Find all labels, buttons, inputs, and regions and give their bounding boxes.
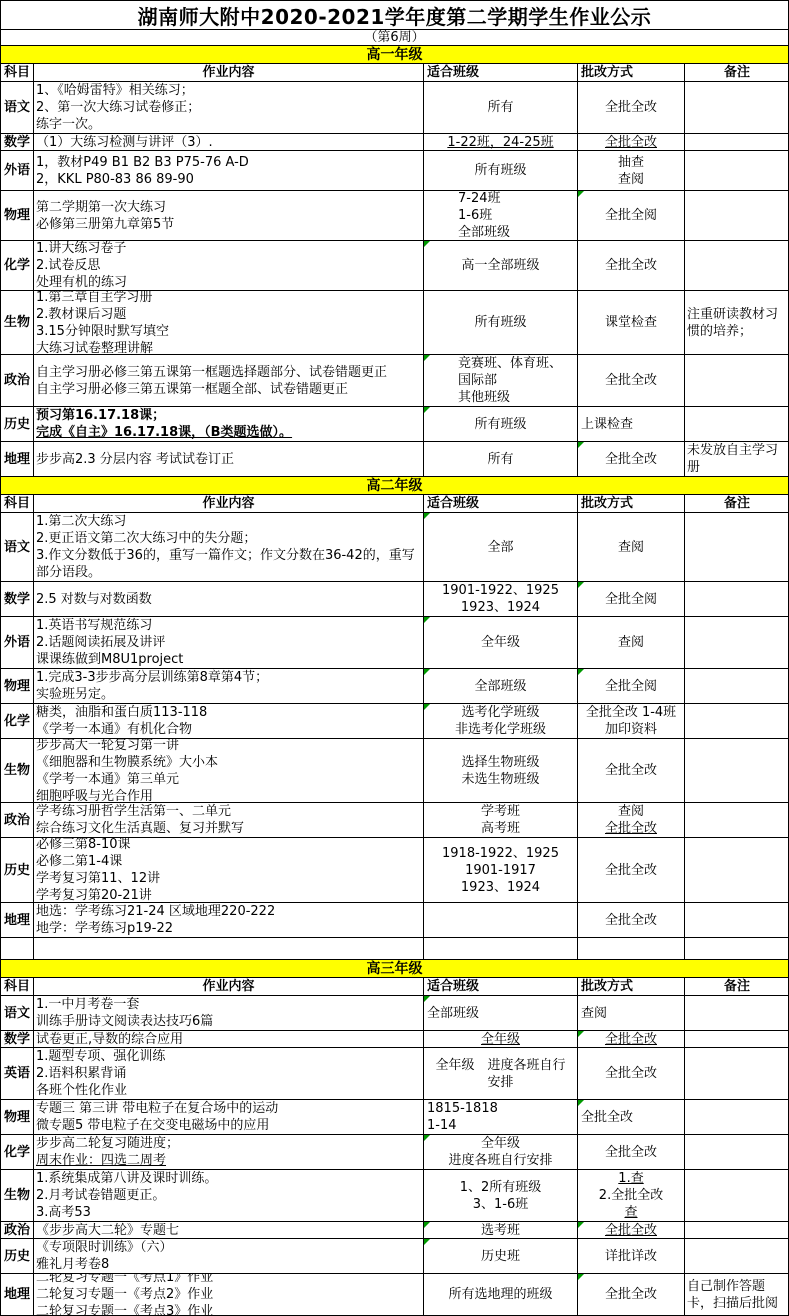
cell-homework-content-line: 1.系统集成第八讲及课时训练。 — [36, 1170, 421, 1187]
table-row: 数学试卷更正,导数的综合应用全年级全批全改 — [1, 1031, 788, 1048]
comment-marker-icon — [578, 1031, 584, 1037]
cell-homework-content-line: 2，KKL P80-83 86 89-90 — [36, 171, 421, 188]
comment-marker-icon — [424, 1135, 430, 1141]
cell-remark — [685, 82, 789, 134]
cell-homework-content-line: 1.完成3-3步步高分层训练第8章第4节； — [36, 669, 421, 686]
cell-homework-content — [34, 938, 424, 960]
cell-applicable-classes-line: 全年级 进度各班自行 — [424, 1057, 577, 1074]
cell-remark — [685, 838, 789, 903]
cell-grading-method-line: 全批全改 — [578, 99, 684, 116]
comment-marker-icon — [424, 996, 430, 1002]
row-subject — [1, 938, 34, 960]
row-subject: 外语 — [1, 617, 34, 669]
cell-grading-method-line: 全批全改 — [578, 1144, 684, 1161]
table-row: 外语1，教材P49 B1 B2 B3 P75-76 A-D2，KKL P80-8… — [1, 151, 788, 191]
cell-homework-content-line: 学考复习第20-21讲 — [36, 887, 421, 903]
cell-applicable-classes-line: 所有 — [424, 99, 577, 116]
cell-homework-content-line: 二轮复习专题一《考点3》作业 — [36, 1303, 421, 1316]
cell-homework-content-line: 学考复习第11、12讲 — [36, 870, 421, 887]
cell-grading-method-line: 全批全改 — [578, 1222, 684, 1239]
table-row: 数学2.5 对数与对数函数1901-1922、19251923、1924全批全阅 — [1, 582, 788, 617]
column-header-row: 科目作业内容适合班级批改方式备注 — [1, 64, 788, 82]
table-row: 化学1.讲大练习卷子2.试卷反思处理有机的练习高一全部班级全批全改 — [1, 241, 788, 291]
cell-applicable-classes: 全年级 — [424, 1031, 578, 1048]
cell-homework-content-line: 1.一中月考卷一套 — [36, 996, 421, 1013]
cell-homework-content-line: 2.更正语文第二次大练习中的失分题； — [36, 530, 421, 547]
cell-homework-content-line: 3.高考53 — [36, 1204, 421, 1221]
comment-marker-icon — [578, 1222, 584, 1228]
cell-homework-content-line: 2.试卷反思 — [36, 257, 421, 274]
cell-homework-content-line: 专题三 第三讲 带电粒子在复合场中的运动 — [36, 1100, 421, 1117]
table-row: 语文1、《哈姆雷特》相关练习；2、第一次大练习试卷修正；练字一次。所有全批全改 — [1, 82, 788, 134]
cell-applicable-classes: 历史班 — [424, 1239, 578, 1274]
table-row: 政治学考练习册哲学生活第一、二单元综合练习文化生活真题、复习并默写学考班高考班查… — [1, 803, 788, 838]
table-row: 数学（1）大练习检测与讲评（3）.1-22班，24-25班全批全改 — [1, 134, 788, 151]
cell-grading-method-line: 全批全改 — [578, 1286, 684, 1303]
cell-homework-content-line: 细胞呼吸与光合作用 — [36, 788, 421, 804]
cell-homework-content-line: （1）大练习检测与讲评（3）. — [36, 134, 421, 151]
cell-remark — [685, 1031, 789, 1048]
row-subject: 历史 — [1, 407, 34, 442]
cell-applicable-classes-line: 1-6班 — [458, 207, 577, 224]
cell-applicable-classes-line: 竞赛班、体育班、 — [458, 355, 577, 372]
cell-homework-content-line: 《步步高大二轮》专题七 — [36, 1222, 421, 1239]
table-row: 地理步步高2.3 分层内容 考试试卷订正所有全批全改未发放自主学习册 — [1, 442, 788, 477]
cell-applicable-classes-line: 1901-1922、1925 — [424, 582, 577, 599]
cell-grading-method-line: 全批全阅 — [578, 678, 684, 695]
cell-homework-content: 1、《哈姆雷特》相关练习；2、第一次大练习试卷修正；练字一次。 — [34, 82, 424, 134]
cell-homework-content-line: 综合练习文化生活真题、复习并默写 — [36, 820, 421, 837]
column-header: 作业内容 — [34, 978, 424, 996]
cell-homework-content: （1）大练习检测与讲评（3）. — [34, 134, 424, 151]
cell-grading-method: 全批全改 — [578, 82, 685, 134]
cell-applicable-classes-line: 全部 — [424, 539, 577, 556]
cell-homework-content-line: 1.第二次大练习 — [36, 513, 421, 530]
table-row: 生物步步高大一轮复习第一讲《细胞器和生物膜系统》大小本《学考一本通》第三单元细胞… — [1, 739, 788, 803]
cell-homework-content-line: 雅礼月考卷8 — [36, 1256, 421, 1273]
cell-remark — [685, 1239, 789, 1274]
cell-homework-content: 专题三 第三讲 带电粒子在复合场中的运动微专题5 带电粒子在交变电磁场中的应用 — [34, 1100, 424, 1135]
cell-grading-method: 全批全改 — [578, 1222, 685, 1239]
comment-marker-icon — [578, 1100, 584, 1106]
cell-homework-content-line: 2.教材课后习题 — [36, 306, 421, 323]
cell-homework-content-line: 糖类，油脂和蛋白质113-118 — [36, 704, 421, 721]
row-subject: 数学 — [1, 582, 34, 617]
cell-homework-content: 1，教材P49 B1 B2 B3 P75-76 A-D2，KKL P80-83 … — [34, 151, 424, 191]
cell-applicable-classes-line: 所有 — [424, 451, 577, 468]
row-subject: 英语 — [1, 1048, 34, 1100]
row-subject: 语文 — [1, 513, 34, 582]
cell-remark — [685, 617, 789, 669]
cell-homework-content-line: 1.第三章自主学习册 — [36, 291, 421, 306]
cell-homework-content-line: 必修二第1-4课 — [36, 853, 421, 870]
cell-applicable-classes-line: 1918-1922、1925 — [424, 845, 577, 862]
cell-applicable-classes-line: 高一全部班级 — [424, 257, 577, 274]
row-subject: 语文 — [1, 82, 34, 134]
cell-grading-method: 全批全改 — [578, 134, 685, 151]
cell-applicable-classes-line: 其他班级 — [458, 389, 577, 406]
cell-remark — [685, 134, 789, 151]
cell-homework-content-line: 步步高2.3 分层内容 考试试卷订正 — [36, 451, 421, 468]
column-header-row: 科目作业内容适合班级批改方式备注 — [1, 978, 788, 996]
cell-applicable-classes-line: 非选考化学班级 — [424, 721, 577, 738]
cell-remark — [685, 241, 789, 291]
cell-homework-content-line: 2.5 对数与对数函数 — [36, 591, 421, 608]
cell-applicable-classes-line: 所有班级 — [424, 416, 577, 433]
cell-remark — [685, 669, 789, 704]
cell-applicable-classes-line: 全部班级 — [424, 678, 577, 695]
cell-homework-content-line: 预习第16.17.18课； — [36, 407, 421, 424]
cell-homework-content: 预习第16.17.18课；完成《自主》16.17.18课，（B类题选做）。 — [34, 407, 424, 442]
cell-applicable-classes-line: 7-24班 — [458, 191, 577, 207]
cell-homework-content-line: 自主学习册必修三第五课第一框题选择题部分、试卷错题更正 — [36, 364, 421, 381]
cell-grading-method-line: 加印资料 — [578, 721, 684, 738]
cell-grading-method-line: 查 — [578, 1204, 684, 1221]
table-row: 生物1.第三章自主学习册2.教材课后习题3.15分钟限时默写填空大练习试卷整理讲… — [1, 291, 788, 355]
table-row: 历史预习第16.17.18课；完成《自主》16.17.18课，（B类题选做）。所… — [1, 407, 788, 442]
cell-applicable-classes: 高一全部班级 — [424, 241, 578, 291]
cell-grading-method-line: 全批全改 — [578, 134, 684, 151]
column-header: 适合班级 — [424, 64, 578, 82]
cell-grading-method-line: 全批全改 — [578, 372, 684, 389]
row-subject: 语文 — [1, 996, 34, 1031]
cell-grading-method: 上课检查 — [578, 407, 685, 442]
table-row: 生物1.系统集成第八讲及课时训练。2.月考试卷错题更正。3.高考531、2所有班… — [1, 1170, 788, 1222]
cell-homework-content-line: 《专项限时训练》（六） — [36, 1239, 421, 1256]
table-row: 地理二轮复习专题一《考点1》作业二轮复习专题一《考点2》作业二轮复习专题一《考点… — [1, 1274, 788, 1316]
cell-applicable-classes-line: 未选生物班级 — [424, 771, 577, 788]
cell-homework-content: 必修三第8-10课必修二第1-4课学考复习第11、12讲学考复习第20-21讲 — [34, 838, 424, 903]
cell-applicable-classes: 全部班级 — [424, 669, 578, 704]
cell-remark — [685, 1048, 789, 1100]
cell-homework-content-line: 1.讲大练习卷子 — [36, 241, 421, 257]
cell-applicable-classes-line: 所有班级 — [424, 162, 577, 179]
cell-grading-method-line: 全批全改 — [578, 257, 684, 274]
cell-homework-content-line: 《学考一本通》有机化合物 — [36, 721, 421, 738]
cell-homework-content-line: 《学考一本通》第三单元 — [36, 771, 421, 788]
cell-homework-content-line: 地选：学考练习21-24 区域地理220-222 — [36, 903, 421, 920]
cell-remark — [685, 938, 789, 960]
cell-grading-method: 抽查查阅 — [578, 151, 685, 191]
cell-grading-method-line: 全批全阅 — [578, 591, 684, 608]
cell-homework-content-line: 必修三第8-10课 — [36, 838, 421, 853]
comment-marker-icon — [424, 241, 430, 247]
cell-homework-content-line: 第二学期第一次大练习 — [36, 199, 421, 216]
cell-applicable-classes-line: 全年级 — [424, 1135, 577, 1152]
table-row: 政治自主学习册必修三第五课第一框题选择题部分、试卷错题更正自主学习册必修三第五课… — [1, 355, 788, 407]
cell-homework-content: 步步高二轮复习随进度；周末作业：四选二周考 — [34, 1135, 424, 1170]
cell-applicable-classes: 所有 — [424, 442, 578, 477]
section-banner: 高一年级 — [1, 46, 788, 64]
cell-homework-content-line: 步步高二轮复习随进度； — [36, 1135, 421, 1152]
cell-grading-method-line: 全批全改 — [578, 1031, 684, 1048]
cell-applicable-classes: 所有班级 — [424, 291, 578, 355]
cell-remark-line: 注重研读教材习惯的培养； — [687, 306, 787, 340]
cell-grading-method: 全批全改 — [578, 355, 685, 407]
cell-applicable-classes: 学考班高考班 — [424, 803, 578, 838]
cell-homework-content-line: 大练习试卷整理讲解 — [36, 340, 421, 356]
page-subtitle: （第6周） — [1, 30, 788, 46]
cell-applicable-classes: 全部班级 — [424, 996, 578, 1031]
cell-applicable-classes-line: 选考班 — [424, 1222, 577, 1239]
cell-applicable-classes: 全部 — [424, 513, 578, 582]
cell-applicable-classes-line: 历史班 — [424, 1248, 577, 1265]
cell-homework-content-line: 2.话题阅读拓展及讲评 — [36, 634, 421, 651]
comment-marker-icon — [424, 669, 430, 675]
section-banner: 高三年级 — [1, 960, 788, 978]
cell-grading-method: 全批全改 — [578, 903, 685, 938]
table-row: 化学步步高二轮复习随进度；周末作业：四选二周考全年级进度各班自行安排全批全改 — [1, 1135, 788, 1170]
cell-remark — [685, 739, 789, 803]
cell-remark — [685, 704, 789, 739]
cell-applicable-classes: 选考班 — [424, 1222, 578, 1239]
column-header: 批改方式 — [578, 64, 685, 82]
table-row: 物理第二学期第一次大练习必修第三册第九章第5节7-24班1-6班全部班级全批全阅 — [1, 191, 788, 241]
cell-grading-method-line: 抽查 — [578, 154, 684, 171]
row-subject: 数学 — [1, 134, 34, 151]
cell-homework-content-line: 必修第三册第九章第5节 — [36, 216, 421, 233]
row-subject: 生物 — [1, 739, 34, 803]
cell-homework-content-line: 二轮复习专题一《考点2》作业 — [36, 1286, 421, 1303]
comment-marker-icon — [424, 407, 430, 413]
row-subject: 生物 — [1, 291, 34, 355]
cell-homework-content-line: 《细胞器和生物膜系统》大小本 — [36, 754, 421, 771]
table-row: 语文1.第二次大练习2.更正语文第二次大练习中的失分题；3.作文分数低于36的，… — [1, 513, 788, 582]
cell-homework-content-line: 1.题型专项、强化训练 — [36, 1048, 421, 1065]
table-row: 物理1.完成3-3步步高分层训练第8章第4节；实验班另定。全部班级全批全阅 — [1, 669, 788, 704]
cell-applicable-classes-line: 进度各班自行安排 — [424, 1152, 577, 1169]
cell-grading-method-line: 全批全改 — [578, 862, 684, 879]
cell-grading-method: 全批全改 — [578, 442, 685, 477]
cell-applicable-classes: 竞赛班、体育班、国际部其他班级 — [424, 355, 578, 407]
cell-homework-content-line: 2.月考试卷错题更正。 — [36, 1187, 421, 1204]
table-row: 化学糖类，油脂和蛋白质113-118《学考一本通》有机化合物选考化学班级非选考化… — [1, 704, 788, 739]
cell-grading-method: 全批全改 — [578, 1100, 685, 1135]
cell-remark: 注重研读教材习惯的培养； — [685, 291, 789, 355]
table-row: 地理地选：学考练习21-24 区域地理220-222地学：学考练习p19-22全… — [1, 903, 788, 938]
column-header-row: 科目作业内容适合班级批改方式备注 — [1, 495, 788, 513]
cell-homework-content: 步步高2.3 分层内容 考试试卷订正 — [34, 442, 424, 477]
cell-grading-method-line: 全批全改 — [578, 820, 684, 837]
cell-applicable-classes: 1901-1922、19251923、1924 — [424, 582, 578, 617]
cell-applicable-classes-line: 选择生物班级 — [424, 754, 577, 771]
cell-homework-content-line: 地学：学考练习p19-22 — [36, 920, 421, 937]
cell-homework-content: 《专项限时训练》（六）雅礼月考卷8 — [34, 1239, 424, 1274]
section-banner: 高二年级 — [1, 477, 788, 495]
cell-grading-method-line: 全批全改 — [578, 451, 684, 468]
column-header: 备注 — [685, 978, 789, 996]
comment-marker-icon — [578, 669, 584, 675]
cell-grading-method: 全批全改 1-4班加印资料 — [578, 704, 685, 739]
cell-applicable-classes-line: 1923、1924 — [424, 879, 577, 896]
comment-marker-icon — [578, 582, 584, 588]
row-subject: 化学 — [1, 241, 34, 291]
cell-applicable-classes-line: 1、2所有班级 — [424, 1179, 577, 1196]
cell-homework-content-line: 3.15分钟限时默写填空 — [36, 323, 421, 340]
cell-homework-content: 1.系统集成第八讲及课时训练。2.月考试卷错题更正。3.高考53 — [34, 1170, 424, 1222]
cell-homework-content: 2.5 对数与对数函数 — [34, 582, 424, 617]
cell-homework-content-line: 1，教材P49 B1 B2 B3 P75-76 A-D — [36, 154, 421, 171]
cell-remark — [685, 513, 789, 582]
cell-homework-content-line: 实验班另定。 — [36, 686, 421, 703]
cell-homework-content: 自主学习册必修三第五课第一框题选择题部分、试卷错题更正自主学习册必修三第五课第一… — [34, 355, 424, 407]
cell-grading-method: 1.查2.全批全改查 — [578, 1170, 685, 1222]
cell-applicable-classes-line: 1901-1917 — [424, 862, 577, 879]
comment-marker-icon — [424, 704, 430, 710]
cell-applicable-classes: 7-24班1-6班全部班级 — [424, 191, 578, 241]
table-row: 外语1.英语书写规范练习2.话题阅读拓展及讲评课课练做到M8U1project全… — [1, 617, 788, 669]
cell-applicable-classes: 所有班级 — [424, 407, 578, 442]
row-subject: 政治 — [1, 1222, 34, 1239]
cell-grading-method: 查阅 — [578, 996, 685, 1031]
cell-grading-method: 详批详改 — [578, 1239, 685, 1274]
cell-applicable-classes: 全年级 — [424, 617, 578, 669]
cell-homework-content-line: 步步高大一轮复习第一讲 — [36, 739, 421, 754]
row-subject: 化学 — [1, 1135, 34, 1170]
cell-grading-method-line: 上课检查 — [581, 416, 684, 433]
cell-homework-content-line: 自主学习册必修三第五课第一框题全部、试卷错题更正 — [36, 381, 421, 398]
cell-grading-method-line: 查阅 — [578, 539, 684, 556]
cell-remark — [685, 803, 789, 838]
column-header: 备注 — [685, 495, 789, 513]
cell-grading-method-line: 课堂检查 — [578, 314, 684, 331]
cell-homework-content: 《步步高大二轮》专题七 — [34, 1222, 424, 1239]
table-row: 政治《步步高大二轮》专题七选考班全批全改 — [1, 1222, 788, 1239]
cell-applicable-classes: 1918-1922、19251901-19171923、1924 — [424, 838, 578, 903]
worksheet: 湖南师大附中2020-2021学年度第二学期学生作业公示 （第6周） 高一年级科… — [0, 0, 789, 1316]
cell-homework-content: 1.英语书写规范练习2.话题阅读拓展及讲评课课练做到M8U1project — [34, 617, 424, 669]
cell-homework-content-line: 试卷更正,导数的综合应用 — [36, 1031, 421, 1048]
column-header: 作业内容 — [34, 64, 424, 82]
cell-grading-method-line: 全批全改 — [581, 1109, 684, 1126]
cell-remark — [685, 582, 789, 617]
comment-marker-icon — [578, 191, 584, 197]
table-row: 历史必修三第8-10课必修二第1-4课学考复习第11、12讲学考复习第20-21… — [1, 838, 788, 903]
cell-grading-method-line: 全批全改 — [578, 762, 684, 779]
cell-homework-content: 地选：学考练习21-24 区域地理220-222地学：学考练习p19-22 — [34, 903, 424, 938]
comment-marker-icon — [424, 617, 430, 623]
cell-grading-method: 查阅 — [578, 513, 685, 582]
cell-homework-content-line: 二轮复习专题一《考点1》作业 — [36, 1274, 421, 1286]
comment-marker-icon — [578, 1274, 584, 1280]
cell-applicable-classes-line: 1-22班，24-25班 — [424, 134, 577, 151]
cell-applicable-classes-line: 国际部 — [458, 372, 577, 389]
cell-homework-content-line: 1.英语书写规范练习 — [36, 617, 421, 634]
cell-grading-method — [578, 938, 685, 960]
comment-marker-icon — [424, 1239, 430, 1245]
comment-marker-icon — [424, 513, 430, 519]
cell-remark — [685, 903, 789, 938]
cell-applicable-classes-line: 安排 — [424, 1074, 577, 1091]
column-header: 适合班级 — [424, 495, 578, 513]
cell-homework-content-line: 各班个性化作业 — [36, 1082, 421, 1099]
table-row: 历史《专项限时训练》（六）雅礼月考卷8历史班详批详改 — [1, 1239, 788, 1274]
cell-remark — [685, 996, 789, 1031]
table-row: 物理专题三 第三讲 带电粒子在复合场中的运动微专题5 带电粒子在交变电磁场中的应… — [1, 1100, 788, 1135]
cell-grading-method-line: 查阅 — [578, 803, 684, 820]
cell-homework-content: 1.第二次大练习2.更正语文第二次大练习中的失分题；3.作文分数低于36的，重写… — [34, 513, 424, 582]
cell-applicable-classes-line: 全部班级 — [458, 224, 577, 241]
cell-grading-method: 全批全阅 — [578, 582, 685, 617]
cell-homework-content-line: 3.作文分数低于36的，重写一篇作文；作文分数在36-42的，重写部分语段。 — [36, 547, 421, 581]
cell-grading-method-line: 全批全改 — [578, 1065, 684, 1082]
cell-applicable-classes-line: 3、1-6班 — [424, 1196, 577, 1213]
cell-grading-method: 全批全阅 — [578, 191, 685, 241]
cell-homework-content: 步步高大一轮复习第一讲《细胞器和生物膜系统》大小本《学考一本通》第三单元细胞呼吸… — [34, 739, 424, 803]
cell-applicable-classes-line: 全年级 — [424, 634, 577, 651]
cell-grading-method: 全批全改 — [578, 1031, 685, 1048]
cell-grading-method-line: 1.查 — [578, 1170, 684, 1187]
cell-applicable-classes-line: 1-14 — [427, 1117, 577, 1134]
column-header: 科目 — [1, 64, 34, 82]
column-header: 批改方式 — [578, 495, 685, 513]
cell-grading-method: 课堂检查 — [578, 291, 685, 355]
table-row: 语文1.一中月考卷一套训练手册诗文阅读表达技巧6篇全部班级查阅 — [1, 996, 788, 1031]
cell-remark: 未发放自主学习册 — [685, 442, 789, 477]
cell-homework-content-line: 完成《自主》16.17.18课，（B类题选做）。 — [36, 424, 421, 441]
cell-homework-content: 1.完成3-3步步高分层训练第8章第4节；实验班另定。 — [34, 669, 424, 704]
cell-grading-method-line: 2.全批全改 — [578, 1187, 684, 1204]
cell-applicable-classes-line: 所有班级 — [424, 314, 577, 331]
cell-applicable-classes: 全年级进度各班自行安排 — [424, 1135, 578, 1170]
row-subject: 政治 — [1, 355, 34, 407]
cell-applicable-classes — [424, 903, 578, 938]
cell-applicable-classes: 全年级 进度各班自行安排 — [424, 1048, 578, 1100]
cell-homework-content-line: 周末作业：四选二周考 — [36, 1152, 421, 1169]
cell-grading-method: 查阅 — [578, 617, 685, 669]
cell-homework-content-line: 练字一次。 — [36, 116, 421, 133]
cell-remark — [685, 355, 789, 407]
page-title: 湖南师大附中2020-2021学年度第二学期学生作业公示 — [1, 1, 788, 30]
cell-applicable-classes: 所有班级 — [424, 151, 578, 191]
cell-grading-method: 全批全改 — [578, 1274, 685, 1316]
row-subject: 物理 — [1, 1100, 34, 1135]
cell-homework-content: 1.第三章自主学习册2.教材课后习题3.15分钟限时默写填空大练习试卷整理讲解 — [34, 291, 424, 355]
homework-table: 高一年级科目作业内容适合班级批改方式备注语文1、《哈姆雷特》相关练习；2、第一次… — [1, 46, 788, 1316]
cell-homework-content-line: 微专题5 带电粒子在交变电磁场中的应用 — [36, 1117, 421, 1134]
cell-grading-method-line: 全批全改 1-4班 — [578, 704, 684, 721]
column-header: 科目 — [1, 978, 34, 996]
cell-grading-method: 全批全改 — [578, 1048, 685, 1100]
column-header: 作业内容 — [34, 495, 424, 513]
cell-grading-method-line: 查阅 — [581, 1005, 684, 1022]
cell-grading-method-line: 查阅 — [578, 634, 684, 651]
row-subject: 地理 — [1, 1274, 34, 1316]
cell-homework-content: 1.题型专项、强化训练2.语料积累背诵各班个性化作业 — [34, 1048, 424, 1100]
cell-applicable-classes-line: 全部班级 — [427, 1005, 577, 1022]
cell-homework-content: 1.讲大练习卷子2.试卷反思处理有机的练习 — [34, 241, 424, 291]
cell-homework-content: 学考练习册哲学生活第一、二单元综合练习文化生活真题、复习并默写 — [34, 803, 424, 838]
cell-remark-line: 未发放自主学习册 — [687, 442, 787, 476]
column-header: 适合班级 — [424, 978, 578, 996]
cell-remark-line: 自己制作答题卡，扫描后批阅 — [687, 1278, 787, 1312]
cell-homework-content: 试卷更正,导数的综合应用 — [34, 1031, 424, 1048]
cell-applicable-classes-line: 1815-1818 — [427, 1100, 577, 1117]
cell-grading-method-line: 详批详改 — [578, 1248, 684, 1265]
cell-applicable-classes-line: 高考班 — [424, 820, 577, 837]
row-subject: 历史 — [1, 838, 34, 903]
row-subject: 地理 — [1, 442, 34, 477]
cell-grading-method: 全批全改 — [578, 838, 685, 903]
cell-homework-content-line: 1、《哈姆雷特》相关练习； — [36, 82, 421, 99]
cell-applicable-classes-line: 学考班 — [424, 803, 577, 820]
cell-grading-method-line: 全批全阅 — [578, 207, 684, 224]
cell-homework-content: 糖类，油脂和蛋白质113-118《学考一本通》有机化合物 — [34, 704, 424, 739]
row-subject: 历史 — [1, 1239, 34, 1274]
row-subject: 化学 — [1, 704, 34, 739]
cell-applicable-classes-line: 全年级 — [424, 1031, 577, 1048]
cell-homework-content-line: 课课练做到M8U1project — [36, 651, 421, 668]
